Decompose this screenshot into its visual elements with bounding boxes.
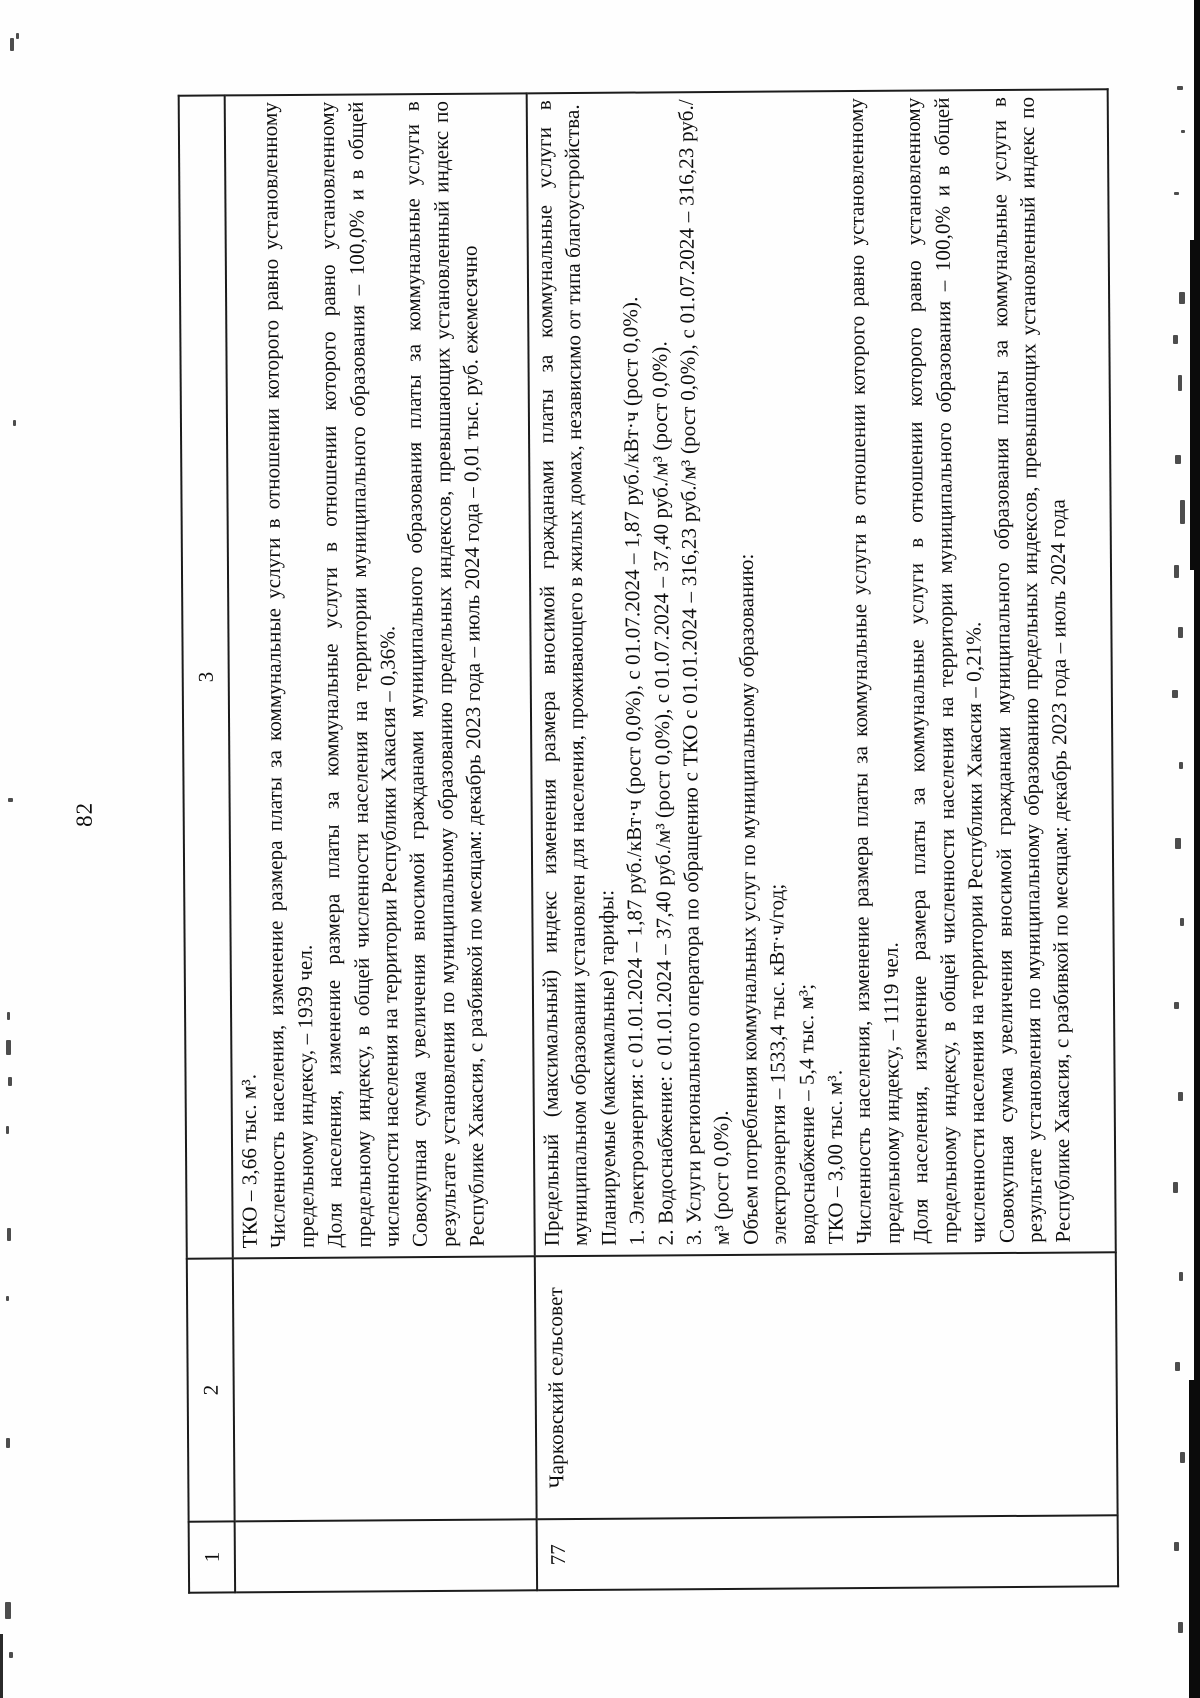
scan-artifact	[1180, 918, 1184, 926]
scan-artifact	[1178, 627, 1183, 638]
scan-artifact	[1173, 1182, 1178, 1193]
scan-artifact	[13, 420, 16, 426]
table-row-continued: ТКО – 3,66 тыс. м³.Численность населения…	[225, 93, 537, 1592]
cell-row-number: 77	[537, 1515, 1118, 1590]
cell-details: ТКО – 3,66 тыс. м³.Численность населения…	[225, 93, 535, 1258]
scan-artifact	[1179, 292, 1185, 304]
scan-artifact	[7, 1012, 10, 1020]
paragraph: 3. Услуги регионального оператора по обр…	[672, 99, 737, 1245]
scan-artifact	[1179, 1272, 1183, 1281]
scan-artifact	[1175, 1362, 1180, 1371]
paragraph: Совокупная сумма увеличения вносимой гра…	[398, 101, 491, 1248]
scan-artifact	[1174, 565, 1179, 578]
scan-artifact	[1178, 375, 1182, 391]
scan-artifact	[1174, 1002, 1179, 1009]
scan-artifact	[5, 1602, 11, 1619]
scan-artifact	[1180, 1452, 1185, 1463]
scan-artifact	[6, 1040, 11, 1055]
scan-artifact	[1175, 838, 1181, 849]
column-header-3: 3	[179, 95, 233, 1258]
scanned-page: 82 1 2 3 ТКО – 3,66 тыс. м³.Численность …	[0, 0, 1200, 1698]
cell-municipality	[233, 1256, 537, 1521]
scan-artifact	[1178, 1622, 1183, 1633]
scan-artifact	[1174, 1542, 1179, 1551]
paragraph: Совокупная сумма увеличения вносимой гра…	[984, 97, 1077, 1244]
scan-artifact	[1177, 86, 1183, 90]
table-row-77: 77 Чарковский сельсовет Предельный (макс…	[527, 89, 1118, 1590]
rotated-document: 82 1 2 3 ТКО – 3,66 тыс. м³.Численность …	[0, 0, 1200, 1698]
cell-details: Предельный (максимальный) индекс изменен…	[527, 89, 1116, 1256]
scan-artifact	[1180, 500, 1185, 524]
column-header-2: 2	[187, 1258, 235, 1521]
scan-artifact	[8, 798, 13, 802]
scan-artifact	[6, 1126, 9, 1134]
scan-artifact	[6, 1438, 10, 1448]
scan-artifact	[9, 1652, 13, 1658]
scan-edge-band	[1190, 240, 1200, 570]
scan-artifact	[1179, 762, 1183, 769]
paragraph: Численность населения, изменение размера…	[256, 102, 321, 1248]
document-table: 1 2 3 ТКО – 3,66 тыс. м³.Численность нас…	[178, 88, 1119, 1593]
scan-artifact	[10, 38, 14, 51]
paragraph: Предельный (максимальный) индекс изменен…	[530, 100, 595, 1246]
column-header-1: 1	[189, 1521, 235, 1592]
paragraph: Доля населения, изменение размера платы …	[899, 97, 992, 1244]
page-number: 82	[71, 776, 98, 852]
scan-edge-band	[1189, 1380, 1200, 1698]
scan-artifact	[1181, 130, 1185, 133]
cell-municipality: Чарковский сельсовет	[535, 1252, 1118, 1519]
scan-artifact	[1175, 455, 1181, 464]
scan-artifact	[7, 1228, 11, 1241]
scan-artifact	[0, 1634, 3, 1698]
scan-artifact	[6, 1296, 9, 1301]
paragraph: Доля населения, изменение размера платы …	[313, 101, 406, 1248]
cell-row-number	[235, 1519, 537, 1592]
scan-artifact	[16, 33, 19, 39]
scan-artifact	[1173, 335, 1178, 344]
scan-artifact	[1174, 192, 1179, 195]
scan-artifact	[1172, 690, 1178, 698]
scan-artifact	[1178, 1092, 1183, 1101]
scan-artifact	[8, 1077, 12, 1086]
paragraph: Численность населения, изменение размера…	[842, 98, 907, 1244]
